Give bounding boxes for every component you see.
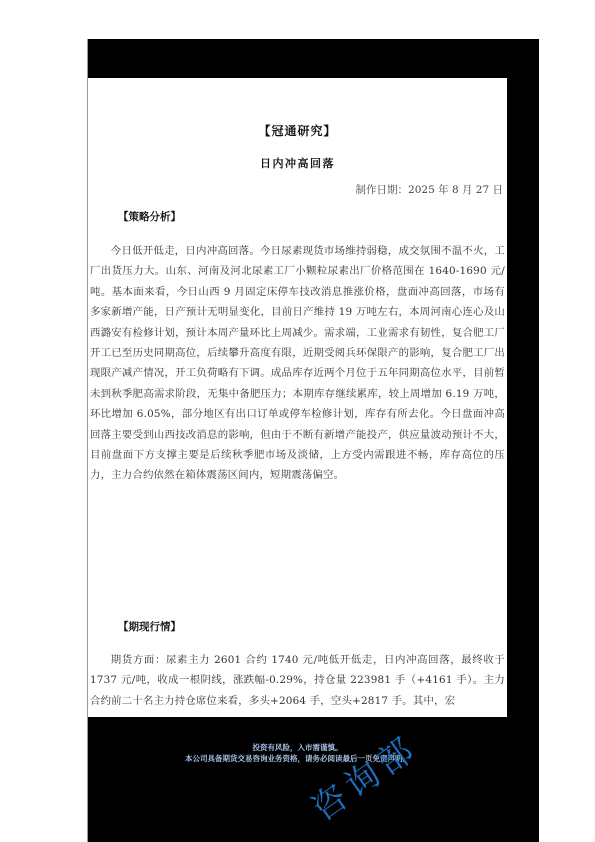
risk-disclaimer-line-2: 本公司具备期货交易咨询业务资格，请务必阅读最后一页免责声明。	[88, 753, 507, 764]
report-date: 制作日期：2025 年 8 月 27 日	[356, 182, 503, 197]
section-paragraph-market: 期货方面：尿素主力 2601 合约 1740 元/吨低开低走，日内冲高回落，最终…	[90, 650, 505, 711]
report-header-title: 【冠通研究】	[88, 122, 507, 139]
section-paragraph-strategy: 今日低开低走，日内冲高回落。今日尿素现货市场维持弱稳，成交氛围不温不火，工厂出货…	[90, 241, 505, 486]
risk-disclaimer-line-1: 投资有风险，入市需谨慎。	[88, 742, 507, 753]
section-heading-market: 【期现行情】	[118, 619, 181, 634]
document-page: 【冠通研究】 日内冲高回落 制作日期：2025 年 8 月 27 日 【策略分析…	[88, 78, 507, 717]
report-subtitle: 日内冲高回落	[88, 155, 507, 171]
section-heading-strategy: 【策略分析】	[118, 209, 181, 224]
risk-disclaimer: 投资有风险，入市需谨慎。 本公司具备期货交易咨询业务资格，请务必阅读最后一页免责…	[88, 742, 507, 764]
